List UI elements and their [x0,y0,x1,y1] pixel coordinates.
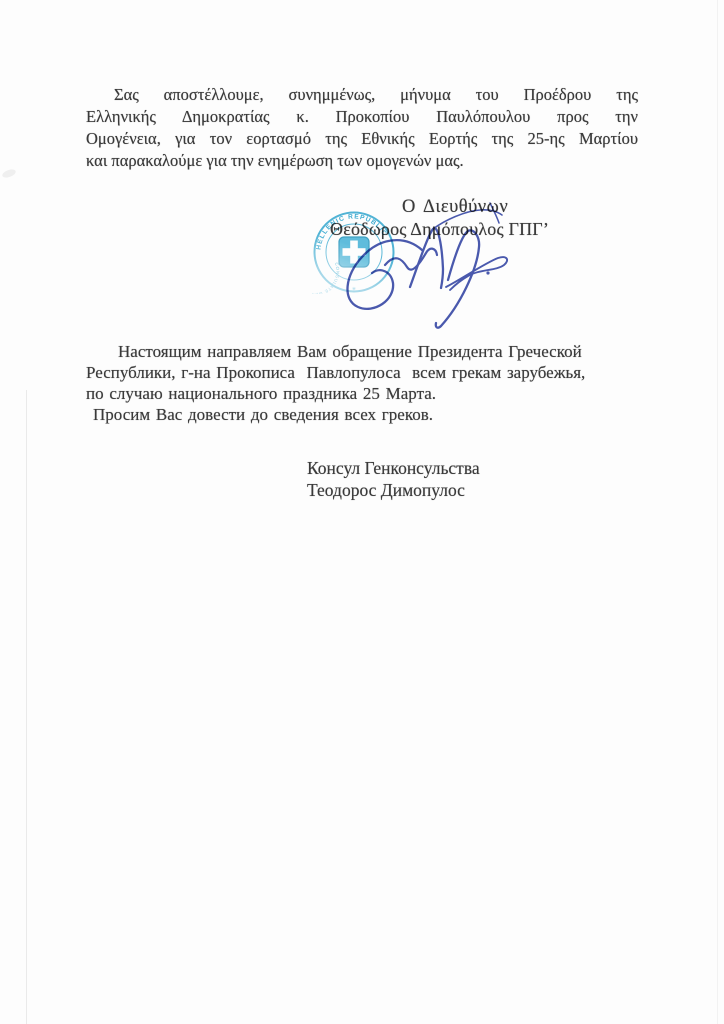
russian-paragraph: Настоящим направляем Вам обращение Прези… [86,341,651,425]
greek-paragraph-line: Ομογένεια, για τον εορτασμό της Εθνικής … [86,128,638,150]
greek-paragraph-line: Σας αποστέλλουμε, συνημμένως, μήνυμα του… [86,84,638,106]
scan-artifact-line [717,0,718,1024]
signature-scribble [300,195,530,345]
russian-paragraph-line: по случаю национального праздника 25 Мар… [86,383,651,404]
greek-paragraph-line: και παρακαλούμε για την ενημέρωση των ομ… [86,150,638,172]
scan-smudge [1,168,17,179]
russian-signoff-name: Теодорос Димопулос [307,479,480,501]
greek-paragraph: Σας αποστέλλουμε, συνημμένως, μήνυμα του… [86,84,638,172]
document-page: Σας αποστέλλουμε, συνημμένως, μήνυμα του… [0,0,724,1024]
russian-paragraph-line: Настоящим направляем Вам обращение Прези… [86,341,651,362]
scan-artifact-line [26,390,27,1024]
greek-paragraph-line: Ελληνικής Δημοκρατίας κ. Προκοπίου Παυλό… [86,106,638,128]
russian-signoff: Консул Генконсульства Теодорос Димопулос [307,457,480,501]
russian-signoff-title: Консул Генконсульства [307,457,480,479]
russian-paragraph-line: Республики, г-на Прокописа Павлопулоса в… [86,362,651,383]
russian-paragraph-line: Просим Вас довести до сведения всех грек… [86,404,651,425]
